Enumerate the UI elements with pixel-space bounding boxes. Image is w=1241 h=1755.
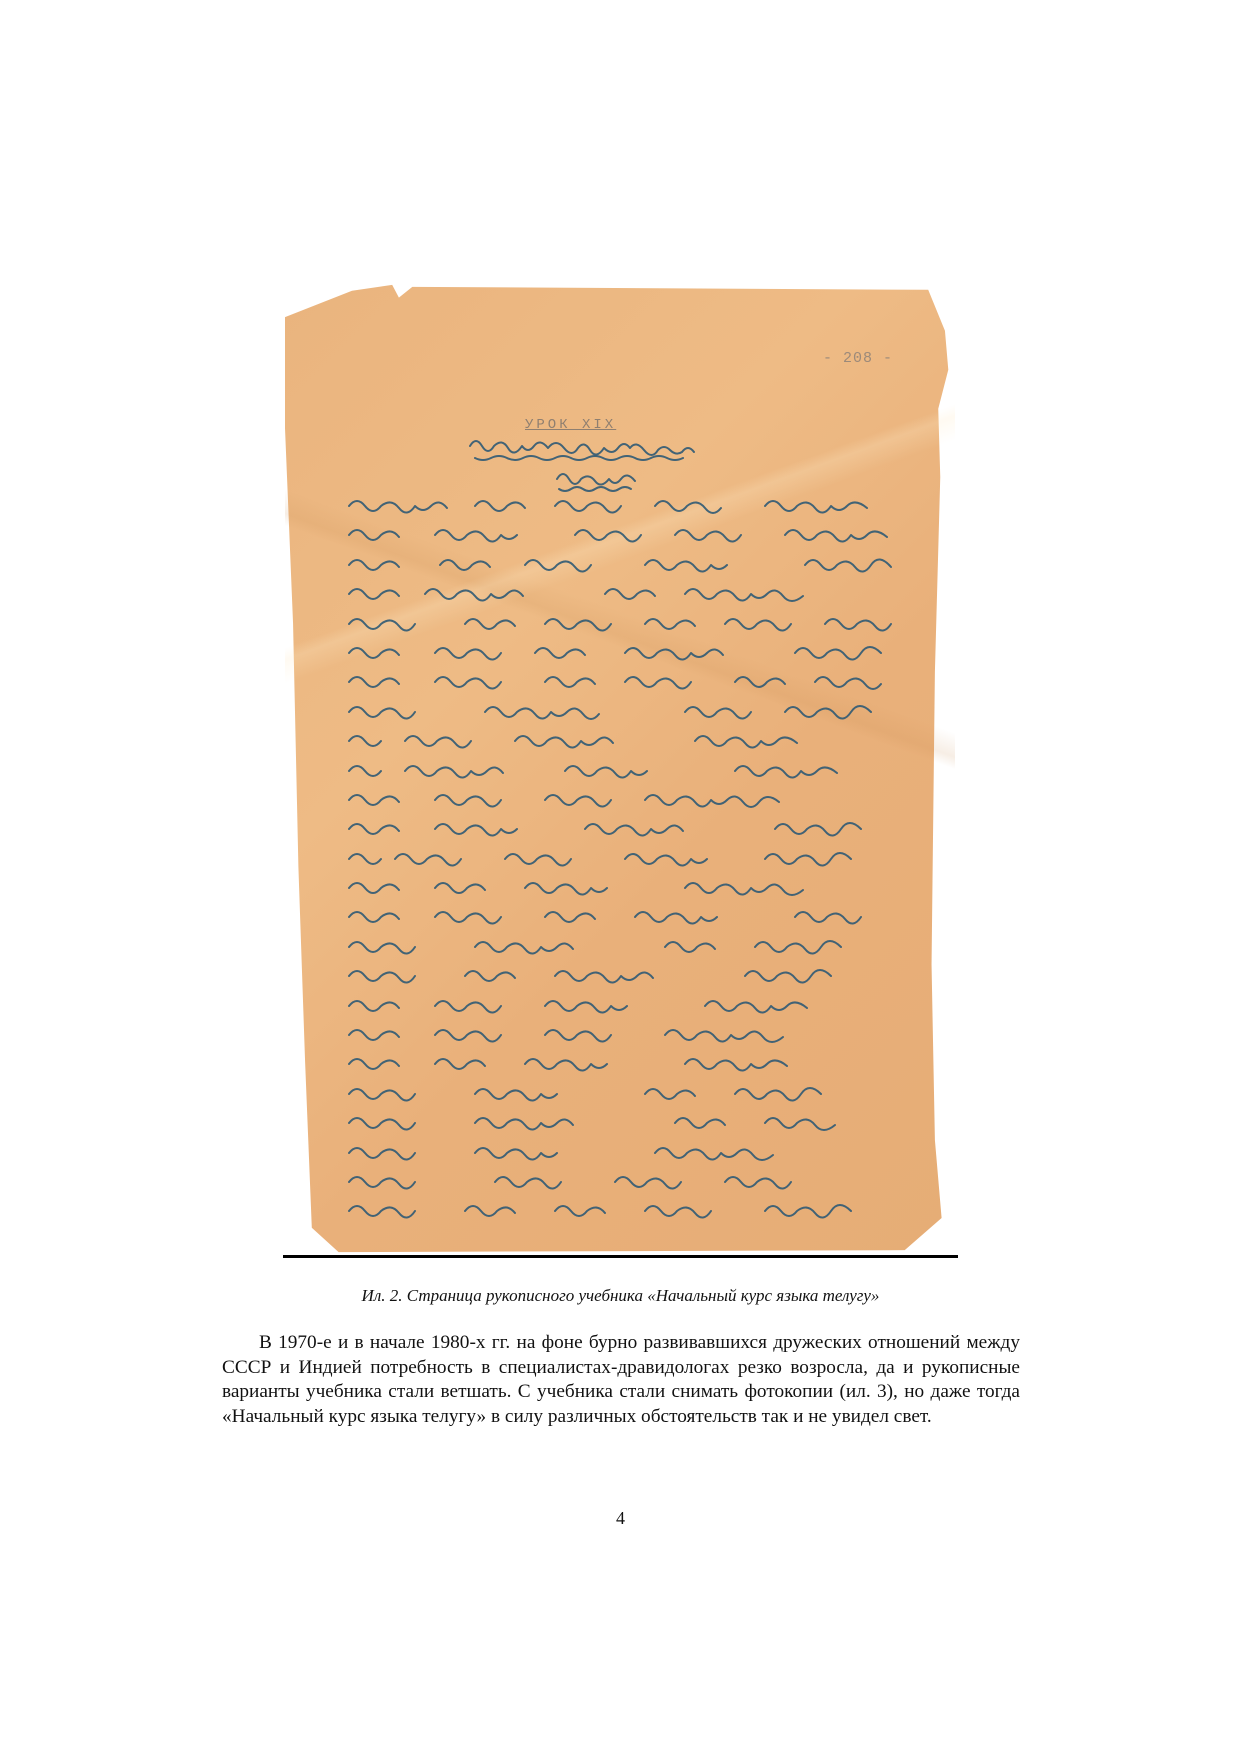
handwritten-line (345, 1048, 945, 1077)
handwritten-line (345, 1166, 945, 1195)
handwritten-line (345, 696, 945, 725)
handwritten-title (465, 432, 725, 464)
typed-page-number: - 208 - (823, 350, 893, 367)
handwritten-line (345, 784, 945, 813)
handwritten-line (345, 578, 945, 607)
manuscript-photo: - 208 - УРОК XIX (285, 282, 955, 1257)
handwritten-line (345, 637, 945, 666)
handwritten-line (345, 490, 945, 519)
handwritten-text-block (345, 490, 945, 1225)
handwritten-line (345, 1019, 945, 1048)
body-paragraph: В 1970-е и в начале 1980-х гг. на фоне б… (222, 1331, 1020, 1429)
handwritten-line (345, 549, 945, 578)
handwritten-line (345, 1078, 945, 1107)
handwritten-line (345, 755, 945, 784)
handwritten-line (345, 990, 945, 1019)
handwritten-line (345, 608, 945, 637)
handwritten-line (345, 931, 945, 960)
handwritten-line (345, 519, 945, 548)
handwritten-line (345, 813, 945, 842)
handwritten-line (345, 960, 945, 989)
handwritten-line (345, 1137, 945, 1166)
figure-caption: Ил. 2. Страница рукописного учебника «На… (0, 1286, 1241, 1306)
figure-bottom-rule (283, 1255, 958, 1258)
typed-lesson-heading: УРОК XIX (525, 417, 616, 433)
handwritten-line (345, 843, 945, 872)
page-number: 4 (0, 1508, 1241, 1529)
paragraph-text: В 1970-е и в начале 1980-х гг. на фоне б… (222, 1331, 1020, 1429)
handwritten-line (345, 901, 945, 930)
handwritten-line (345, 872, 945, 901)
handwritten-line (345, 1195, 945, 1224)
handwritten-line (345, 1107, 945, 1136)
handwritten-line (345, 666, 945, 695)
handwritten-line (345, 725, 945, 754)
